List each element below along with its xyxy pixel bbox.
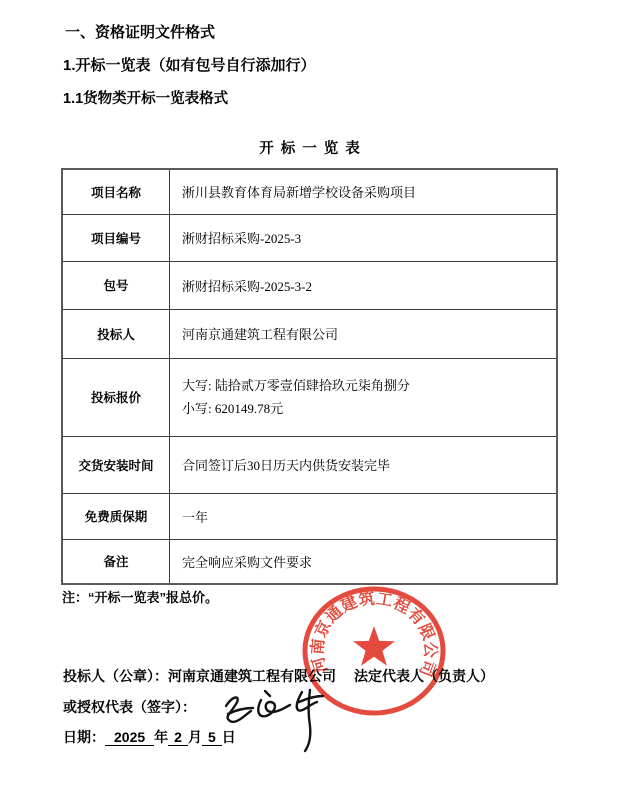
date-year-value: 2025: [105, 729, 154, 746]
date-month-unit: 月: [188, 729, 202, 745]
row-label: 备注: [62, 539, 170, 584]
row-value: 河南京通建筑工程有限公司: [170, 309, 558, 358]
table-row-project-name: 项目名称 淅川县教育体育局新增学校设备采购项目: [62, 169, 557, 214]
date-line: 日期：2025年2月5日: [63, 727, 236, 747]
section-heading: 一、资格证明文件格式: [65, 21, 215, 42]
date-day-value: 5: [202, 729, 222, 746]
row-value: 淅川县教育体育局新增学校设备采购项目: [170, 169, 558, 214]
row-label: 项目编号: [62, 214, 170, 261]
row-value: 淅财招标采购-2025-3: [170, 214, 558, 261]
row-value: 淅财招标采购-2025-3-2: [170, 261, 558, 309]
note-line: 注：“开标一览表”报总价。: [62, 587, 218, 606]
row-value: 大写: 陆拾贰万零壹佰肆拾玖元柒角捌分 小写: 620149.78元: [170, 358, 558, 436]
table-row-remarks: 备注 完全响应采购文件要求: [62, 539, 557, 584]
row-value: 完全响应采购文件要求: [170, 539, 558, 584]
bid-price-uppercase: 大写: 陆拾贰万零壹佰肆拾玖元柒角捌分: [182, 374, 555, 397]
table-row-delivery-time: 交货安装时间 合同签订后30日历天内供货安装完毕: [62, 436, 557, 493]
document-page: 一、资格证明文件格式 1.开标一览表（如有包号自行添加行） 1.1货物类开标一览…: [0, 0, 632, 800]
row-label: 投标人: [62, 309, 170, 358]
row-label: 交货安装时间: [62, 436, 170, 493]
seal-star-icon: [353, 626, 395, 666]
table-row-project-number: 项目编号 淅财招标采购-2025-3: [62, 214, 557, 261]
bid-opening-table: 项目名称 淅川县教育体育局新增学校设备采购项目 项目编号 淅财招标采购-2025…: [61, 168, 558, 585]
table-row-bid-price: 投标报价 大写: 陆拾贰万零壹佰肆拾玖元柒角捌分 小写: 620149.78元: [62, 358, 557, 436]
handwritten-signature: [220, 686, 330, 756]
table-row-bidder: 投标人 河南京通建筑工程有限公司: [62, 309, 557, 358]
bid-price-numeric: 小写: 620149.78元: [182, 397, 555, 420]
row-value: 合同签订后30日历天内供货安装完毕: [170, 436, 558, 493]
date-label: 日期：: [63, 729, 105, 745]
row-value: 一年: [170, 493, 558, 539]
table-title: 开标一览表: [61, 137, 558, 158]
sub-heading-goods-format: 1.1货物类开标一览表格式: [63, 87, 228, 108]
date-year-unit: 年: [154, 729, 168, 745]
row-label: 项目名称: [62, 169, 170, 214]
sub-heading-bid-list: 1.开标一览表（如有包号自行添加行）: [63, 54, 316, 75]
authorized-representative-line: 或授权代表（签字）：: [63, 697, 196, 717]
table-row-package-number: 包号 淅财招标采购-2025-3-2: [62, 261, 557, 309]
table-row-warranty: 免费质保期 一年: [62, 493, 557, 539]
bidder-seal-label: 投标人（公章）：: [63, 668, 168, 684]
row-label: 免费质保期: [62, 493, 170, 539]
row-label: 投标报价: [62, 358, 170, 436]
row-label: 包号: [62, 261, 170, 309]
date-month-value: 2: [168, 729, 188, 746]
